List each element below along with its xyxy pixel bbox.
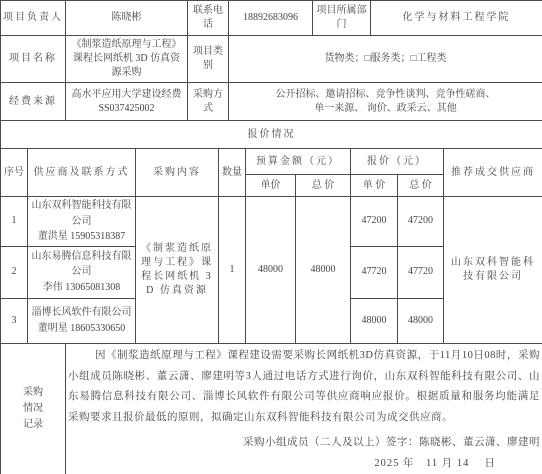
row3-quote-unit: 48000 — [351, 298, 398, 343]
record-date: 2025 年 11 月 14 日 — [68, 457, 540, 472]
project-manager-row: 项目负责人 陈晓彬 联系电话 18892683096 项目所属部门 化学与材料工… — [1, 1, 542, 36]
row2-supplier-name: 山东易腾信息科技有限公司 — [30, 249, 133, 280]
quote-table-header-row: 序号 供应商及联系方式 采购内容 数量 预算金额（元） 报价（元） 推荐成交供应… — [1, 149, 542, 175]
subheader-quote-total: 总 价 — [398, 175, 444, 197]
project-manager-label: 项目负责人 — [1, 1, 66, 36]
quote-section-title: 报价情况 — [1, 121, 542, 149]
row3-supplier-contact: 董明星 18605330650 — [30, 321, 133, 337]
row1-supplier: 山东双科智能科技有限公司 董洪星 15905318387 — [28, 197, 136, 247]
header-recommended: 推荐成交供应商 — [444, 149, 542, 197]
record-label-line2: 情况 — [3, 402, 63, 416]
record-content: 因《制浆造纸原理与工程》课程建设需要采购长网纸机3D仿真资源，于11月10日08… — [66, 343, 542, 474]
recommended-supplier-cell: 山东双科智能科技有限公司 — [444, 197, 542, 344]
row1-supplier-name: 山东双科智能科技有限公司 — [30, 198, 133, 229]
record-table: 采购 情况 记录 因《制浆造纸原理与工程》课程建设需要采购长网纸机3D仿真资源，… — [0, 343, 542, 474]
row2-supplier-contact: 李伟 13065081308 — [30, 280, 133, 296]
quantity-cell: 1 — [219, 197, 246, 344]
row1-quote-total: 47200 — [398, 197, 444, 247]
record-label-line3: 记录 — [3, 418, 63, 432]
record-paragraph: 因《制浆造纸原理与工程》课程建设需要采购长网纸机3D仿真资源，于11月10日08… — [68, 346, 540, 428]
row1-no: 1 — [1, 197, 28, 247]
subheader-quote-unit: 单 价 — [351, 175, 398, 197]
record-row: 采购 情况 记录 因《制浆造纸原理与工程》课程建设需要采购长网纸机3D仿真资源，… — [1, 343, 542, 474]
method-value-line1: 公开招标、邀请招标、竞争性谈判、竞争性磋商、 — [231, 88, 540, 102]
department-value: 化学与材料工程学院 — [371, 1, 542, 36]
row1-quote-unit: 47200 — [351, 197, 398, 247]
project-name-row: 项目名称 《制浆造纸原理与工程》课程长网纸机 3D 仿真资源采购 项目类别 货物… — [1, 36, 542, 83]
row2-no: 2 — [1, 246, 28, 298]
row2-quote-unit: 47720 — [351, 246, 398, 298]
category-value: 货物类；□服务类；□工程类 — [229, 36, 542, 83]
record-signature: 采购小组成员（二人及以上）签字：陈晓彬、董云潇、廖建明 — [68, 436, 540, 451]
project-info-table: 项目负责人 陈晓彬 联系电话 18892683096 项目所属部门 化学与材料工… — [0, 0, 542, 149]
project-manager-value: 陈晓彬 — [66, 1, 188, 36]
procurement-record-form: 项目负责人 陈晓彬 联系电话 18892683096 项目所属部门 化学与材料工… — [0, 0, 542, 474]
quote-section-title-row: 报价情况 — [1, 121, 542, 149]
fund-value: 高水平应用大学建设经费 SS037425002 — [66, 83, 188, 121]
header-supplier: 供应商及联系方式 — [28, 149, 136, 197]
budget-unit-cell: 48000 — [246, 197, 296, 344]
category-label: 项目类别 — [188, 36, 229, 83]
project-name-value: 《制浆造纸原理与工程》课程长网纸机 3D 仿真资源采购 — [66, 36, 188, 83]
header-quantity: 数量 — [219, 149, 246, 197]
department-label: 项目所属部门 — [313, 1, 371, 36]
subheader-budget-unit: 单价 — [246, 175, 296, 197]
row2-quote-total: 47720 — [398, 246, 444, 298]
fund-source-row: 经费来源 高水平应用大学建设经费 SS037425002 采购方式 公开招标、邀… — [1, 83, 542, 121]
subheader-budget-total: 总 价 — [296, 175, 351, 197]
row3-quote-total: 48000 — [398, 298, 444, 343]
budget-total-cell: 48000 — [296, 197, 351, 344]
row1-supplier-contact: 董洪星 15905318387 — [30, 229, 133, 245]
phone-label: 联系电话 — [188, 1, 229, 36]
row3-supplier-name: 淄博长风软件有限公司 — [30, 305, 133, 321]
row3-supplier: 淄博长风软件有限公司 董明星 18605330650 — [28, 298, 136, 343]
method-value: 公开招标、邀请招标、竞争性谈判、竞争性磋商、 单一来源、 询价、政采云、其他 — [229, 83, 542, 121]
header-budget: 预算金额（元） — [246, 149, 351, 175]
header-no: 序号 — [1, 149, 28, 197]
purchase-content-cell: 《制浆造纸原理与工程》课程长网纸机 3D 仿真资源 — [136, 197, 219, 344]
row2-supplier: 山东易腾信息科技有限公司 李伟 13065081308 — [28, 246, 136, 298]
method-label: 采购方式 — [188, 83, 229, 121]
record-label: 采购 情况 记录 — [1, 343, 66, 474]
method-value-line2: 单一来源、 询价、政采云、其他 — [231, 102, 540, 116]
header-quote: 报价（元） — [351, 149, 444, 175]
phone-value: 18892683096 — [229, 1, 313, 36]
project-name-label: 项目名称 — [1, 36, 66, 83]
header-content: 采购内容 — [136, 149, 219, 197]
quote-table: 序号 供应商及联系方式 采购内容 数量 预算金额（元） 报价（元） 推荐成交供应… — [0, 148, 542, 344]
supplier-row-1: 1 山东双科智能科技有限公司 董洪星 15905318387 《制浆造纸原理与工… — [1, 197, 542, 247]
record-label-line1: 采购 — [3, 386, 63, 400]
row3-no: 3 — [1, 298, 28, 343]
fund-label: 经费来源 — [1, 83, 66, 121]
